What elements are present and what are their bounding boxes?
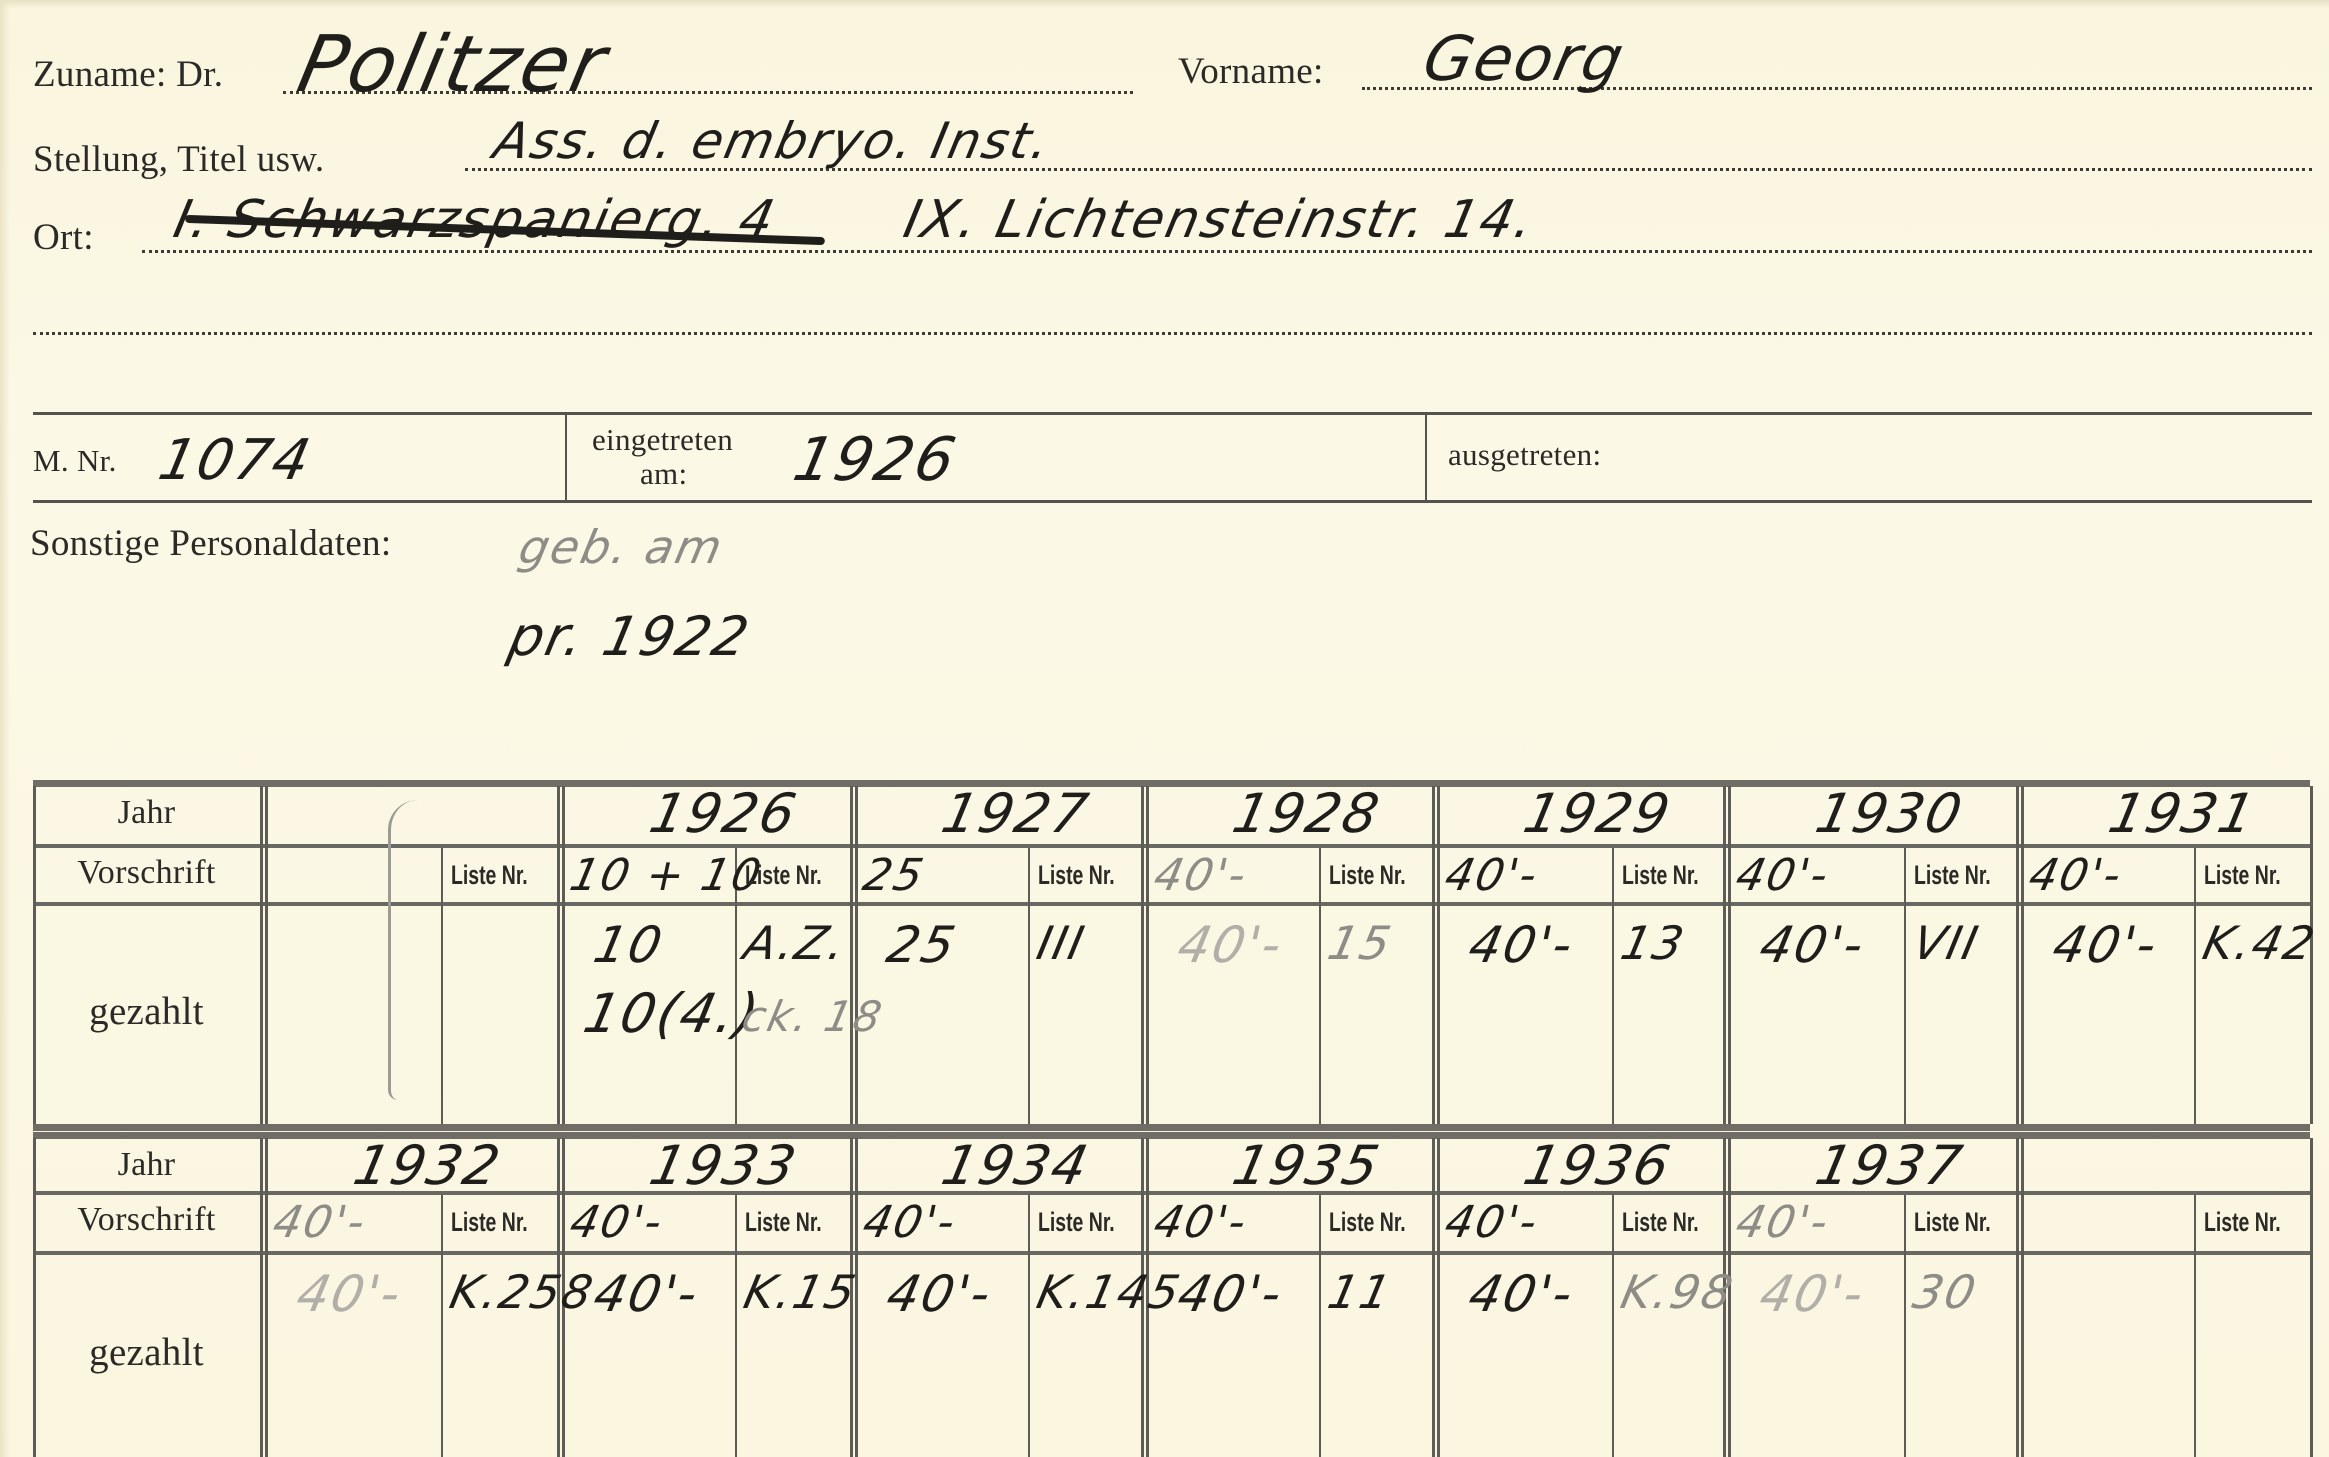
list-no-separator [1904, 848, 1906, 1124]
list-number-value: K.258 [445, 1265, 599, 1319]
divider-vertical [1425, 415, 1427, 501]
prescribed-value: 40'- [1732, 1197, 1835, 1248]
paid-value: 40'- [1755, 916, 1871, 974]
list-no-separator [2194, 1195, 2196, 1457]
blank-dotted-line [33, 332, 2312, 335]
year-value: 1928 [1227, 782, 1386, 845]
list-number-header: Liste Nr. [1914, 1207, 1991, 1238]
list-number-header: Liste Nr. [1622, 860, 1699, 891]
prescribed-value: 25 [859, 850, 930, 901]
paid-value: 25 [882, 916, 962, 974]
paid-value: 40'- [1755, 1265, 1871, 1323]
year-separator [2021, 1138, 2024, 1457]
year-value: 1930 [1810, 782, 1969, 845]
list-number-header: Liste Nr. [1038, 860, 1115, 891]
year-separator [855, 1138, 858, 1457]
list-no-separator [1028, 1195, 1030, 1457]
row-label-paid: gezahlt [33, 989, 260, 1034]
table-row-rule [33, 1251, 2310, 1255]
list-number-header: Liste Nr. [451, 860, 528, 891]
row-label-paid: gezahlt [33, 1330, 260, 1375]
prescribed-value: 10 + 10 [566, 850, 768, 901]
table-right-border [2310, 1138, 2313, 1457]
year-value: 1927 [936, 782, 1095, 845]
list-number-header: Liste Nr. [451, 1207, 528, 1238]
location-dotted-line [142, 250, 2312, 253]
prescribed-value: 40'- [1150, 850, 1253, 901]
year-value: 1926 [644, 782, 803, 845]
table-left-border [33, 1138, 36, 1457]
row-label-prescribed: Vorschrift [33, 854, 260, 892]
year-value: 1933 [644, 1134, 803, 1197]
pencil-bracket-mark [388, 800, 421, 1100]
list-number-header: Liste Nr. [1329, 1207, 1406, 1238]
year-separator [557, 786, 560, 1124]
list-number-value: A.Z. [739, 916, 852, 970]
list-number-value: K.145 [1032, 1265, 1186, 1319]
paid-value: 40'- [1464, 1265, 1580, 1323]
divider-vertical [565, 415, 567, 501]
joined-label-am: am: [640, 456, 687, 492]
list-number-header: Liste Nr. [1038, 1207, 1115, 1238]
list-number-value: 13 [1616, 916, 1690, 970]
year-value: 1931 [2103, 782, 2262, 845]
location-label: Ort: [33, 216, 94, 259]
paid-value: 40'- [2048, 916, 2164, 974]
list-number-value: K.98 [1616, 1265, 1739, 1319]
year-separator [260, 786, 263, 1124]
prescribed-value: 40'- [859, 1197, 962, 1248]
prescribed-value: 40'- [1441, 1197, 1544, 1248]
year-separator [2021, 786, 2024, 1124]
list-no-separator [1612, 1195, 1614, 1457]
paid-value: 40'- [589, 1265, 705, 1323]
paid-value: 40'- [292, 1265, 408, 1323]
row-label-year: Jahr [33, 794, 260, 832]
divider-line [33, 500, 2312, 503]
list-number-header: Liste Nr. [1622, 1207, 1699, 1238]
year-value: 1934 [936, 1134, 1095, 1197]
left-label: ausgetreten: [1448, 437, 1601, 473]
list-no-separator [1319, 848, 1321, 1124]
paid-value: 40'- [1173, 1265, 1289, 1323]
list-no-separator [1904, 1195, 1906, 1457]
firstname-label: Vorname: [1178, 50, 1324, 93]
year-separator [1437, 1138, 1440, 1457]
joined-value: 1926 [788, 425, 964, 495]
other-data-line2: pr. 1922 [503, 605, 756, 668]
list-number-value: K.42 [2198, 916, 2321, 970]
table-bottom-rule [33, 1124, 2310, 1131]
year-separator [1432, 786, 1435, 1124]
paid-value: 40'- [1173, 916, 1289, 974]
year-value: 1935 [1227, 1134, 1386, 1197]
year-value: 1932 [348, 1134, 507, 1197]
year-separator [1437, 786, 1440, 1124]
list-no-separator [441, 1195, 443, 1457]
list-no-separator [1028, 848, 1030, 1124]
prescribed-value: 40'- [566, 1197, 669, 1248]
year-separator [1146, 786, 1149, 1124]
year-separator [855, 786, 858, 1124]
list-number-header: Liste Nr. [745, 1207, 822, 1238]
list-no-separator [441, 848, 443, 1124]
other-data-label: Sonstige Personaldaten: [30, 522, 391, 565]
paid-value: 10 [589, 916, 669, 974]
year-separator [1141, 786, 1144, 1124]
list-number-value: III [1032, 916, 1090, 970]
list-number-header: Liste Nr. [2204, 1207, 2281, 1238]
member-number-label: M. Nr. [33, 443, 117, 479]
location-new-value: IX. Lichtensteinstr. 14. [899, 190, 1541, 250]
year-separator [850, 786, 853, 1124]
member-number-value: 1074 [153, 428, 317, 493]
list-no-separator [735, 1195, 737, 1457]
list-number-header: Liste Nr. [2204, 860, 2281, 891]
prescribed-value: 40'- [2025, 850, 2128, 901]
list-no-separator [1319, 1195, 1321, 1457]
list-no-separator [1612, 848, 1614, 1124]
firstname-value: Georg [1417, 22, 1631, 95]
year-separator [1728, 786, 1731, 1124]
year-value: 1929 [1518, 782, 1677, 845]
year-separator [2016, 786, 2019, 1124]
year-separator [2016, 1138, 2019, 1457]
membership-record-card: Zuname: Dr. Politzer Vorname: Georg Stel… [0, 0, 2329, 1457]
list-number-header: Liste Nr. [1914, 860, 1991, 891]
list-number-value: K.15 [739, 1265, 862, 1319]
year-value: 1937 [1810, 1134, 1969, 1197]
table-row-rule [33, 844, 2310, 848]
year-separator [260, 1138, 263, 1457]
list-number-value-line2: ck. 18 [738, 992, 888, 1041]
row-label-year: Jahr [33, 1146, 260, 1184]
divider-line [33, 412, 2312, 415]
prescribed-value: 40'- [269, 1197, 372, 1248]
list-number-header: Liste Nr. [745, 860, 822, 891]
paid-value: 40'- [882, 1265, 998, 1323]
list-no-separator [2194, 848, 2196, 1124]
prescribed-value: 40'- [1150, 1197, 1253, 1248]
prescribed-value: 40'- [1732, 850, 1835, 901]
list-number-value: 30 [1908, 1265, 1982, 1319]
surname-value: Politzer [290, 20, 615, 110]
list-number-value: VII [1908, 916, 1984, 970]
list-number-value: 11 [1323, 1265, 1397, 1319]
year-separator [265, 1138, 268, 1457]
table-row-rule [33, 902, 2310, 906]
list-number-value: 15 [1323, 916, 1397, 970]
position-label: Stellung, Titel usw. [33, 138, 324, 181]
year-separator [1432, 1138, 1435, 1457]
list-number-header: Liste Nr. [1329, 860, 1406, 891]
joined-label: eingetreten [592, 422, 733, 458]
year-separator [265, 786, 268, 1124]
table-left-border [33, 786, 36, 1124]
prescribed-value: 40'- [1441, 850, 1544, 901]
year-separator [1723, 786, 1726, 1124]
paid-value: 40'- [1464, 916, 1580, 974]
year-value: 1936 [1518, 1134, 1677, 1197]
position-value: Ass. d. embryo. Inst. [489, 112, 1057, 170]
other-data-line1: geb. am [514, 520, 728, 574]
year-separator [562, 786, 565, 1124]
row-label-prescribed: Vorschrift [33, 1201, 260, 1239]
surname-label: Zuname: Dr. [33, 53, 223, 96]
